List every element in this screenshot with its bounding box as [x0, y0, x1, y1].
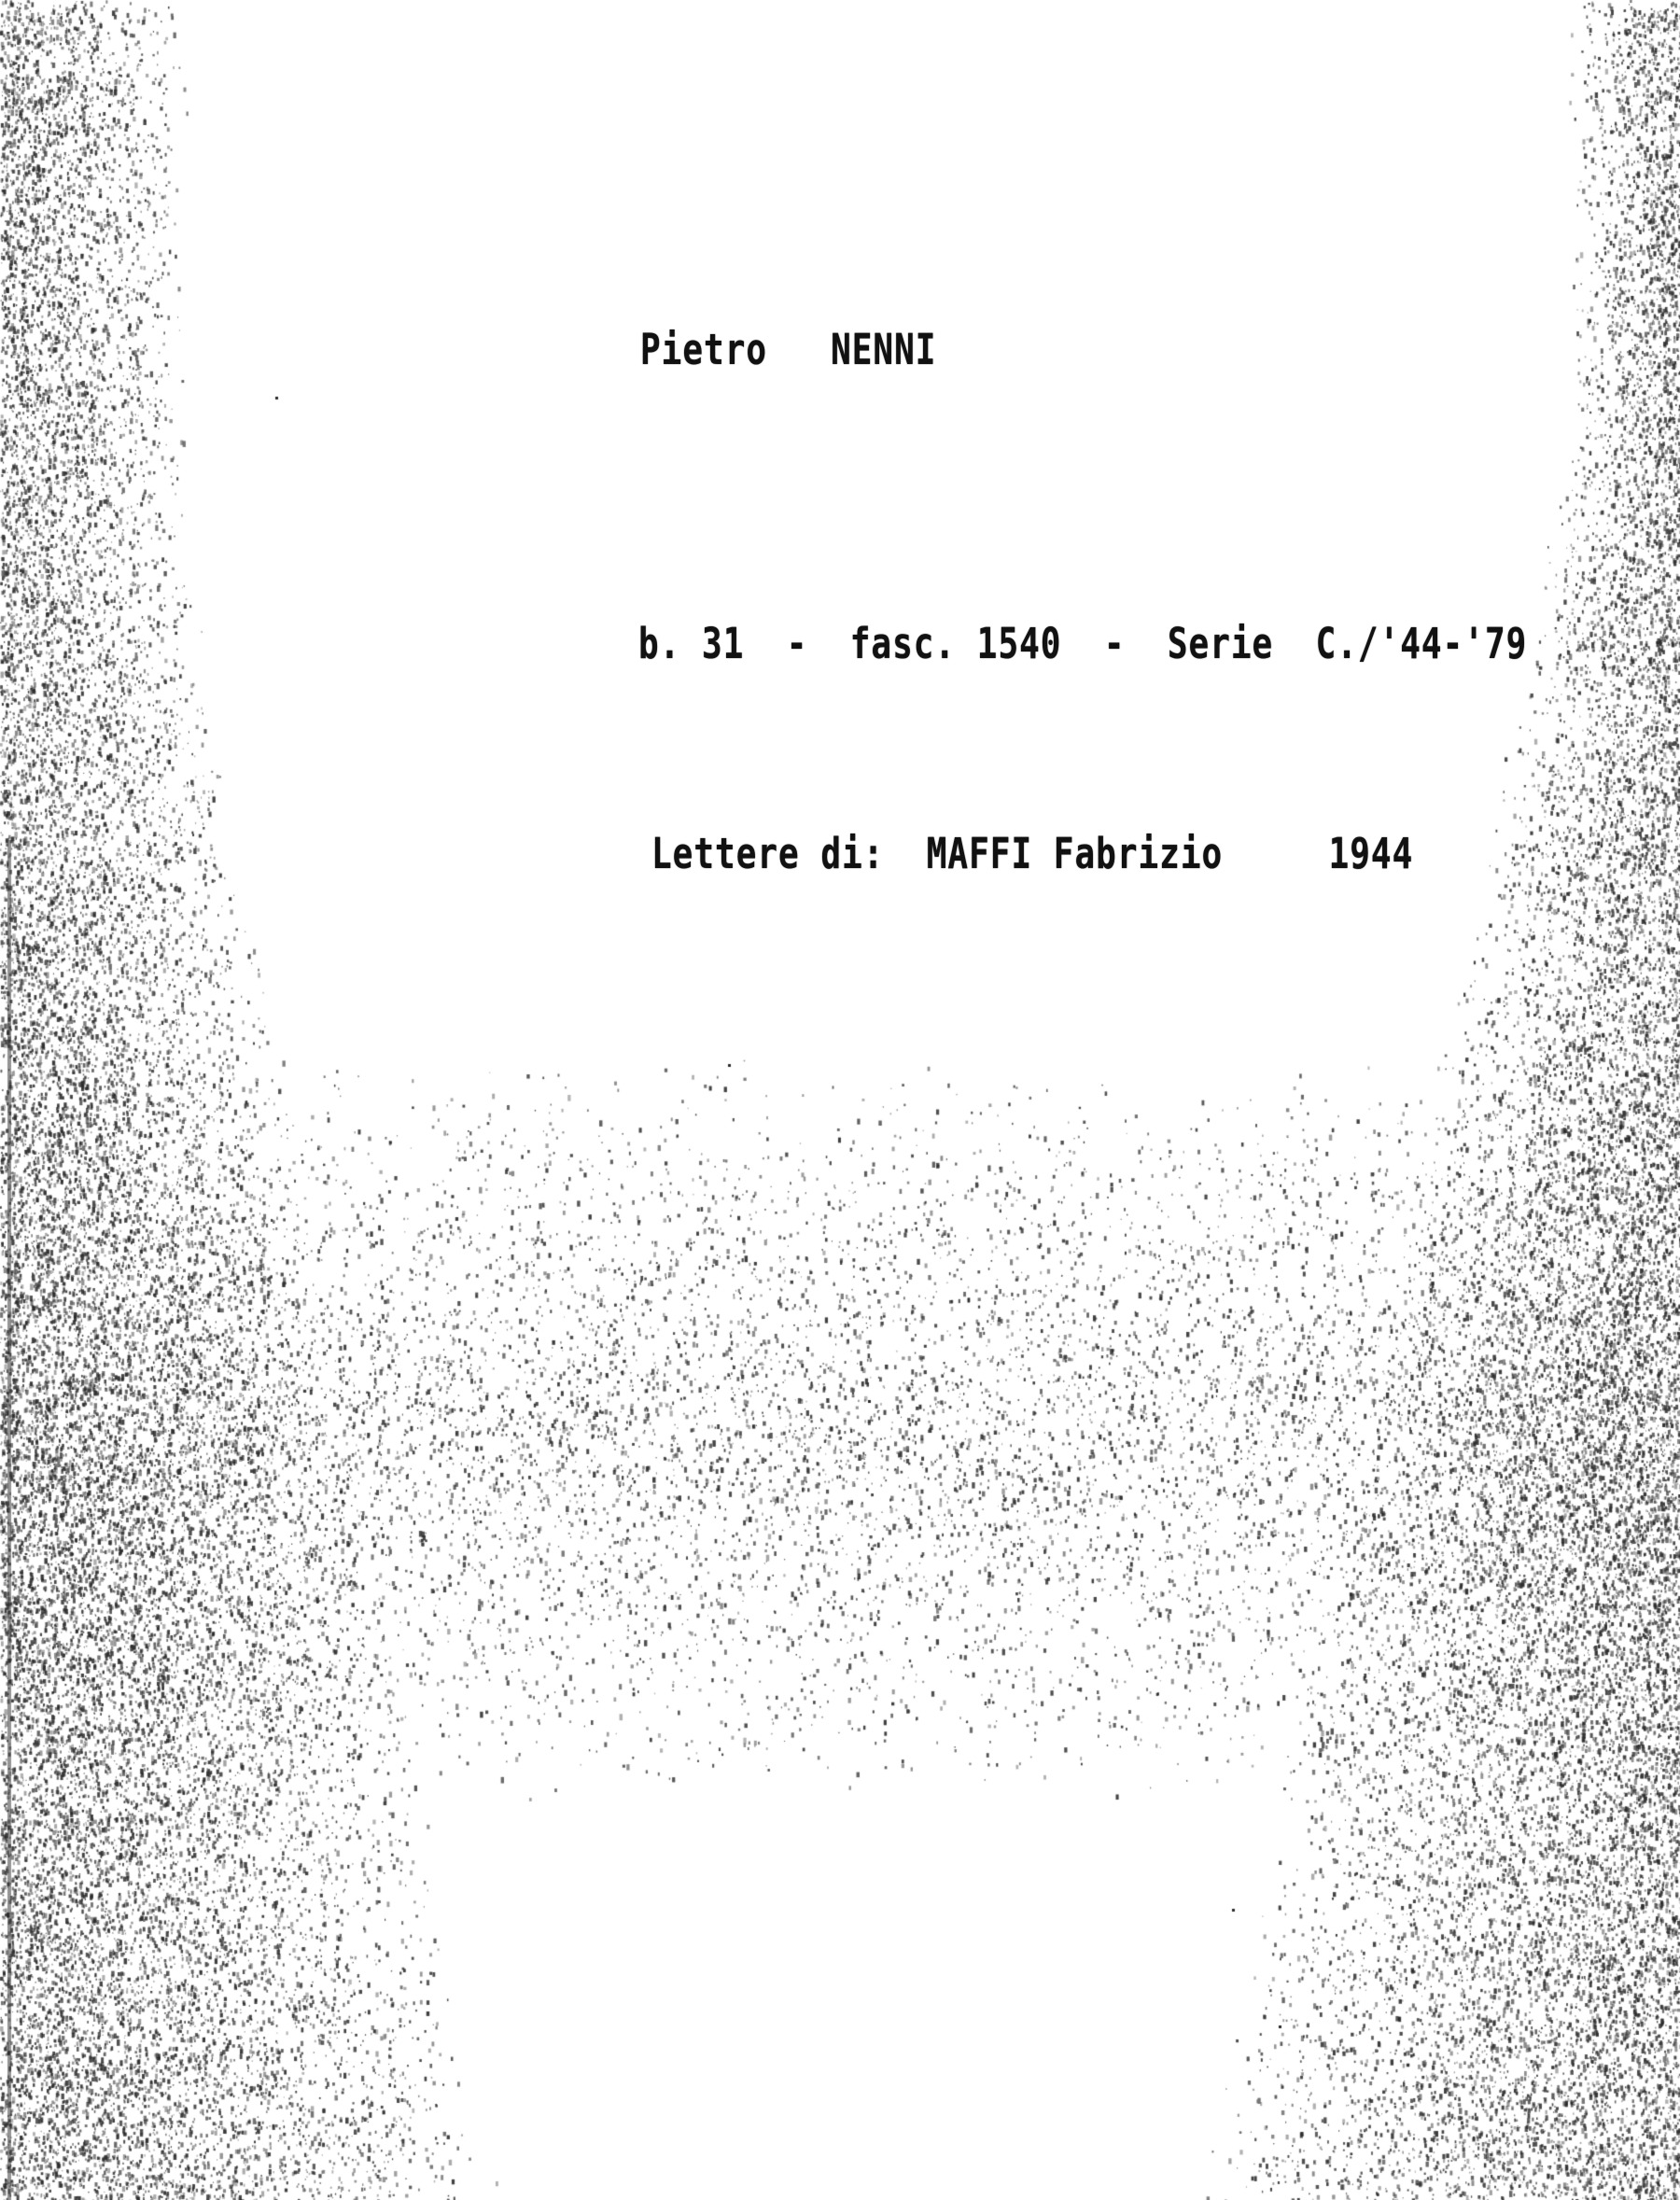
- person-name-line: Pietro NENNI: [640, 327, 936, 374]
- document-page: Pietro NENNI b. 31 - fasc. 1540 - Serie …: [0, 0, 1680, 2200]
- archive-reference-line: b. 31 - fasc. 1540 - Serie C./'44-'79: [638, 621, 1527, 668]
- letters-from-line: Lettere di: MAFFI Fabrizio 1944: [651, 831, 1413, 878]
